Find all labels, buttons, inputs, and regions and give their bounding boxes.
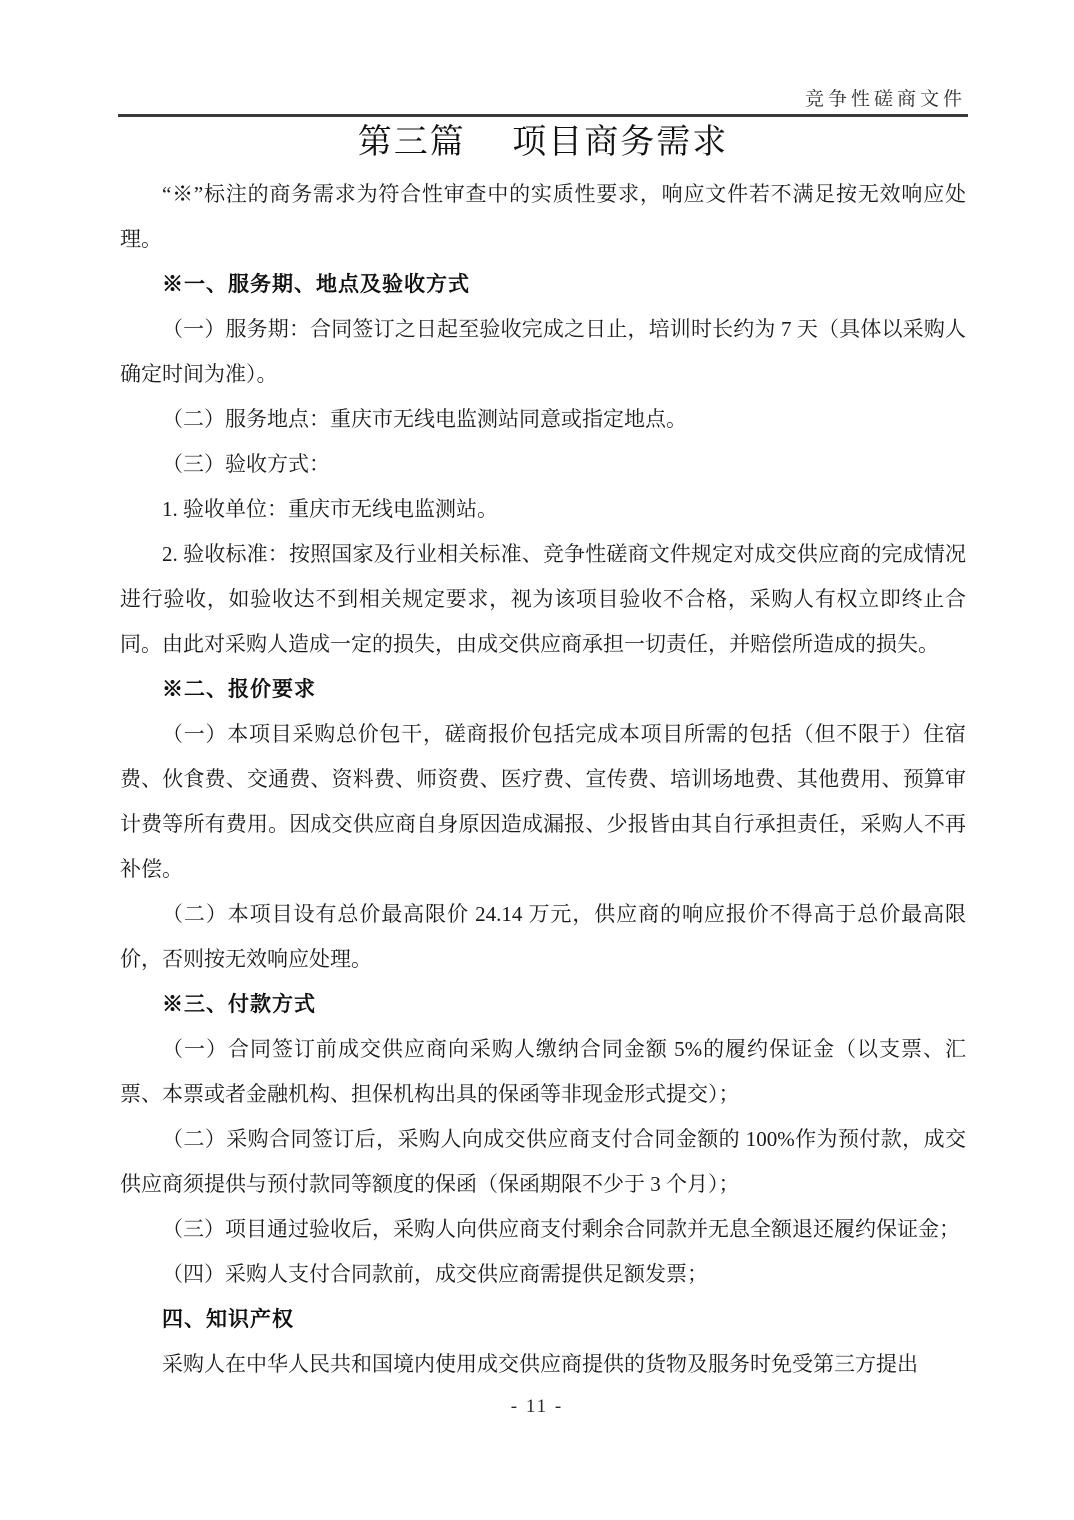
intro-note: “※”标注的商务需求为符合性审查中的实质性要求，响应文件若不满足按无效响应处理。 xyxy=(120,172,966,262)
document-page: 竞争性磋商文件 第三篇 项目商务需求 “※”标注的商务需求为符合性审查中的实质性… xyxy=(0,0,1074,1520)
para-acceptance-method: （三）验收方式： xyxy=(120,442,966,487)
heading-quotation: ※二、报价要求 xyxy=(120,667,966,712)
para-payment-balance: （三）项目通过验收后，采购人向供应商支付剩余合同款并无息全额退还履约保证金； xyxy=(120,1207,966,1252)
para-acceptance-standard: 2. 验收标准：按照国家及行业相关标准、竞争性磋商文件规定对成交供应商的完成情况… xyxy=(120,532,966,667)
heading-service-terms: ※一、服务期、地点及验收方式 xyxy=(120,262,966,307)
para-lump-sum-price: （一）本项目采购总价包干，磋商报价包括完成本项目所需的包括（但不限于）住宿费、伙… xyxy=(120,712,966,892)
document-body: “※”标注的商务需求为符合性审查中的实质性要求，响应文件若不满足按无效响应处理。… xyxy=(120,172,966,1387)
para-service-period: （一）服务期：合同签订之日起至验收完成之日止，培训时长约为 7 天（具体以采购人… xyxy=(120,307,966,397)
para-payment-deposit: （一）合同签订前成交供应商向采购人缴纳合同金额 5%的履约保证金（以支票、汇票、… xyxy=(120,1027,966,1117)
header-rule xyxy=(118,114,968,117)
para-payment-prepay: （二）采购合同签订后，采购人向成交供应商支付合同金额的 100%作为预付款，成交… xyxy=(120,1117,966,1207)
heading-ip-rights: 四、知识产权 xyxy=(120,1297,966,1342)
heading-payment: ※三、付款方式 xyxy=(120,982,966,1027)
page-title: 第三篇 项目商务需求 xyxy=(120,118,966,168)
page-header-doc-type: 竞争性磋商文件 xyxy=(120,84,966,111)
para-service-location: （二）服务地点：重庆市无线电监测站同意或指定地点。 xyxy=(120,397,966,442)
page-number: - 11 - xyxy=(0,1396,1074,1418)
para-ip-rights: 采购人在中华人民共和国境内使用成交供应商提供的货物及服务时免受第三方提出 xyxy=(120,1342,966,1387)
para-price-ceiling: （二）本项目设有总价最高限价 24.14 万元，供应商的响应报价不得高于总价最高… xyxy=(120,892,966,982)
para-payment-invoice: （四）采购人支付合同款前，成交供应商需提供足额发票； xyxy=(120,1252,966,1297)
para-acceptance-unit: 1. 验收单位：重庆市无线电监测站。 xyxy=(120,487,966,532)
